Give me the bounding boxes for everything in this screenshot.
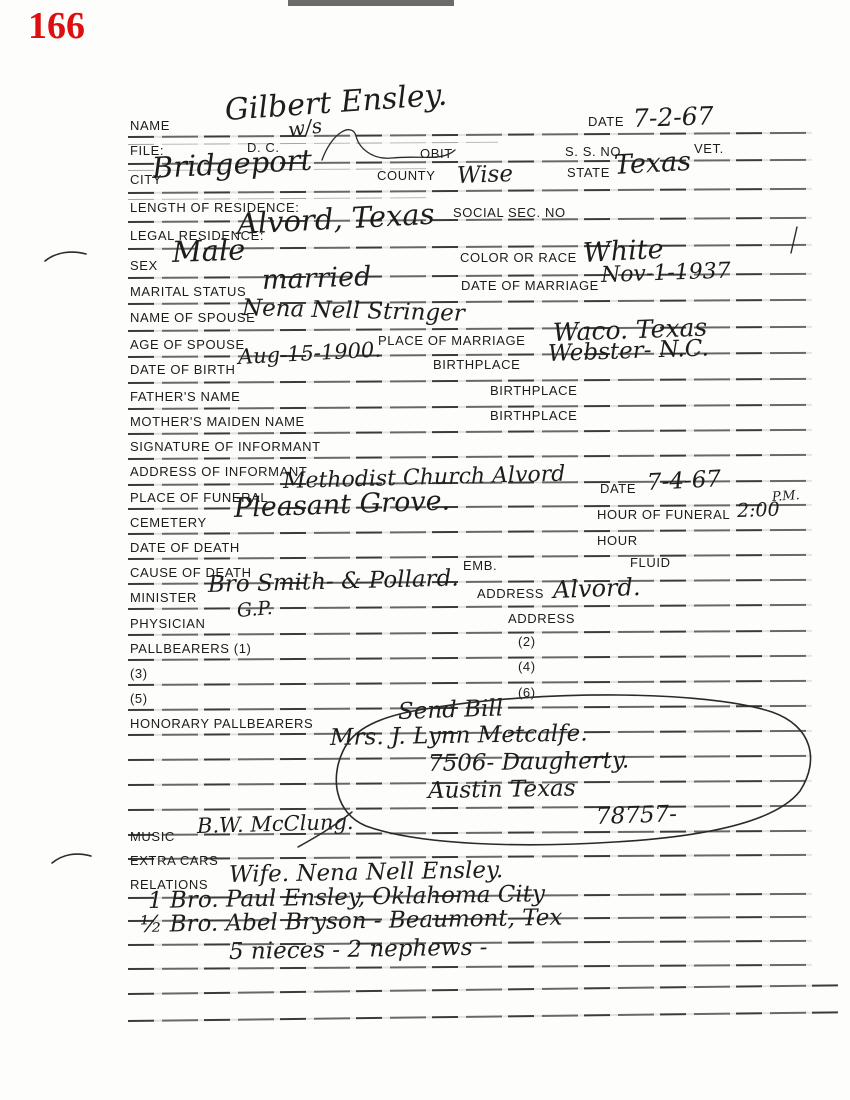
handwritten-legal-residence: Alvord, Texas [236,200,435,239]
field-label-address: ADDRESS [477,586,544,601]
field-label-birthplace: BIRTHPLACE [490,383,577,398]
field-label-date-of-marriage: DATE OF MARRIAGE [461,278,599,293]
ruled-line [128,1011,838,1022]
handwritten-state: Texas [613,148,691,179]
field-label-birthplace: BIRTHPLACE [433,357,520,372]
field-label-date-of-birth: DATE OF BIRTH [130,362,236,377]
field-label-vet: VET. [694,141,724,156]
field-label-birthplace: BIRTHPLACE [490,408,577,423]
field-label-physician: PHYSICIAN [130,616,205,631]
ruled-line [128,404,812,410]
scanned-funeral-record-page: 166 NAME DATE FILE: D. C. OBIT S. S. NO.… [0,0,850,1100]
ruled-line [128,142,498,145]
ruled-line [128,188,812,194]
field-label-pallbearers-1: PALLBEARERS (1) [130,641,251,656]
ruled-line [128,378,812,384]
handwritten-name: Gilbert Ensley. [224,81,448,126]
field-label-honorary-pallbearers: HONORARY PALLBEARERS [130,716,313,731]
field-label-social-sec-no: SOCIAL SEC. NO [453,205,566,220]
field-label-color-or-race: COLOR OR RACE [460,250,577,265]
field-label-address: ADDRESS [508,611,575,626]
ruled-line [128,984,838,995]
field-label-pallbearer-4: (4) [518,659,536,674]
field-label-minister: MINISTER [130,590,197,605]
ruled-line [128,630,812,636]
field-label-name-of-spouse: NAME OF SPOUSE [130,310,255,325]
field-label-emb: EMB. [463,558,497,573]
field-label-date: DATE [588,114,624,129]
field-label-extra-cars: EXTRA CARS [130,853,218,868]
ruled-line [128,299,812,305]
field-label-pallbearer-5: (5) [130,691,148,706]
field-label-pallbearer-6: (6) [518,685,536,700]
ruled-line [128,132,812,138]
handwritten-music: B.W. McClung. [197,812,354,837]
ruled-line [128,805,812,811]
field-label-fathers-name: FATHER'S NAME [130,389,240,404]
field-label-name: NAME [130,118,170,133]
field-label-fluid: FLUID [630,555,671,570]
handwritten-honorary-line2: Mrs. J. Lynn Metcalfe. [330,723,588,750]
page-number: 166 [28,4,85,48]
field-label-pallbearer-2: (2) [518,634,536,649]
handwritten-county: Wise [457,163,514,188]
handwritten-date-of-birth: Aug-15-1900. [237,340,381,368]
scan-edge-artifact [288,0,454,6]
handwritten-date-of-marriage: Nov-1-1937 [601,260,731,287]
field-label-state: STATE [567,165,610,180]
handwritten-physician: G.P. [236,599,273,621]
handwritten-file-note: w/s [287,115,324,140]
handwritten-cemetery: Pleasant Grove. [234,487,451,522]
ruled-line [128,604,812,610]
field-label-marital-status: MARITAL STATUS [130,284,246,299]
handwritten-relations-line3: ½ Bro. Abel Bryson - Beaumont, Tex [140,907,563,937]
ruled-line [128,429,812,435]
field-label-signature-of-informant: SIGNATURE OF INFORMANT [130,439,321,454]
field-label-music: MUSIC [130,829,175,844]
stray-mark [45,252,86,261]
handwritten-name-of-spouse: Nena Nell Stringer [242,297,465,326]
handwritten-minister-address: Alvord. [553,575,641,602]
field-label-date: DATE [600,481,636,496]
handwritten-funeral-date: 7-4-67 [646,468,721,495]
field-label-county: COUNTY [377,168,436,183]
handwritten-honorary-line3: 7506- Daugherty. [428,749,630,776]
handwritten-city: Bridgeport [151,146,313,183]
field-label-place-of-marriage: PLACE OF MARRIAGE [378,333,525,348]
handwritten-date: 7-2-67 [633,103,714,131]
ruled-line [128,680,812,686]
handwritten-minister: Bro Smith- & Pollard. [208,567,459,597]
field-label-address-of-informant: ADDRESS OF INFORMANT [130,464,307,479]
handwritten-hour-of-funeral-ampm: P.M. [772,489,801,504]
ruled-line [128,454,812,460]
ruled-line [128,529,812,535]
ruled-line [128,326,812,332]
handwritten-honorary-line1: Send Bill [398,697,504,724]
handwritten-honorary-line5: 78757- [596,803,678,829]
handwritten-sex: Male [171,235,245,267]
field-label-hour: HOUR [597,533,638,548]
field-label-sex: SEX [130,258,158,273]
field-label-date-of-death: DATE OF DEATH [130,540,240,555]
field-label-age-of-spouse: AGE OF SPOUSE [130,337,245,352]
handwritten-honorary-line4: Austin Texas [428,777,576,803]
handwritten-birthplace: Webster- N.C. [548,337,710,366]
field-label-hour-of-funeral: HOUR OF FUNERAL [597,507,730,522]
handwritten-marital-status: married [262,263,372,294]
field-label-obit: OBIT [420,146,453,161]
handwritten-relations-line4: 5 nieces - 2 nephews - [229,936,488,964]
field-label-pallbearer-3: (3) [130,666,148,681]
field-label-cemetery: CEMETERY [130,515,207,530]
field-label-mothers-maiden-name: MOTHER'S MAIDEN NAME [130,414,305,429]
stray-mark [52,854,91,863]
stray-mark [791,227,797,253]
